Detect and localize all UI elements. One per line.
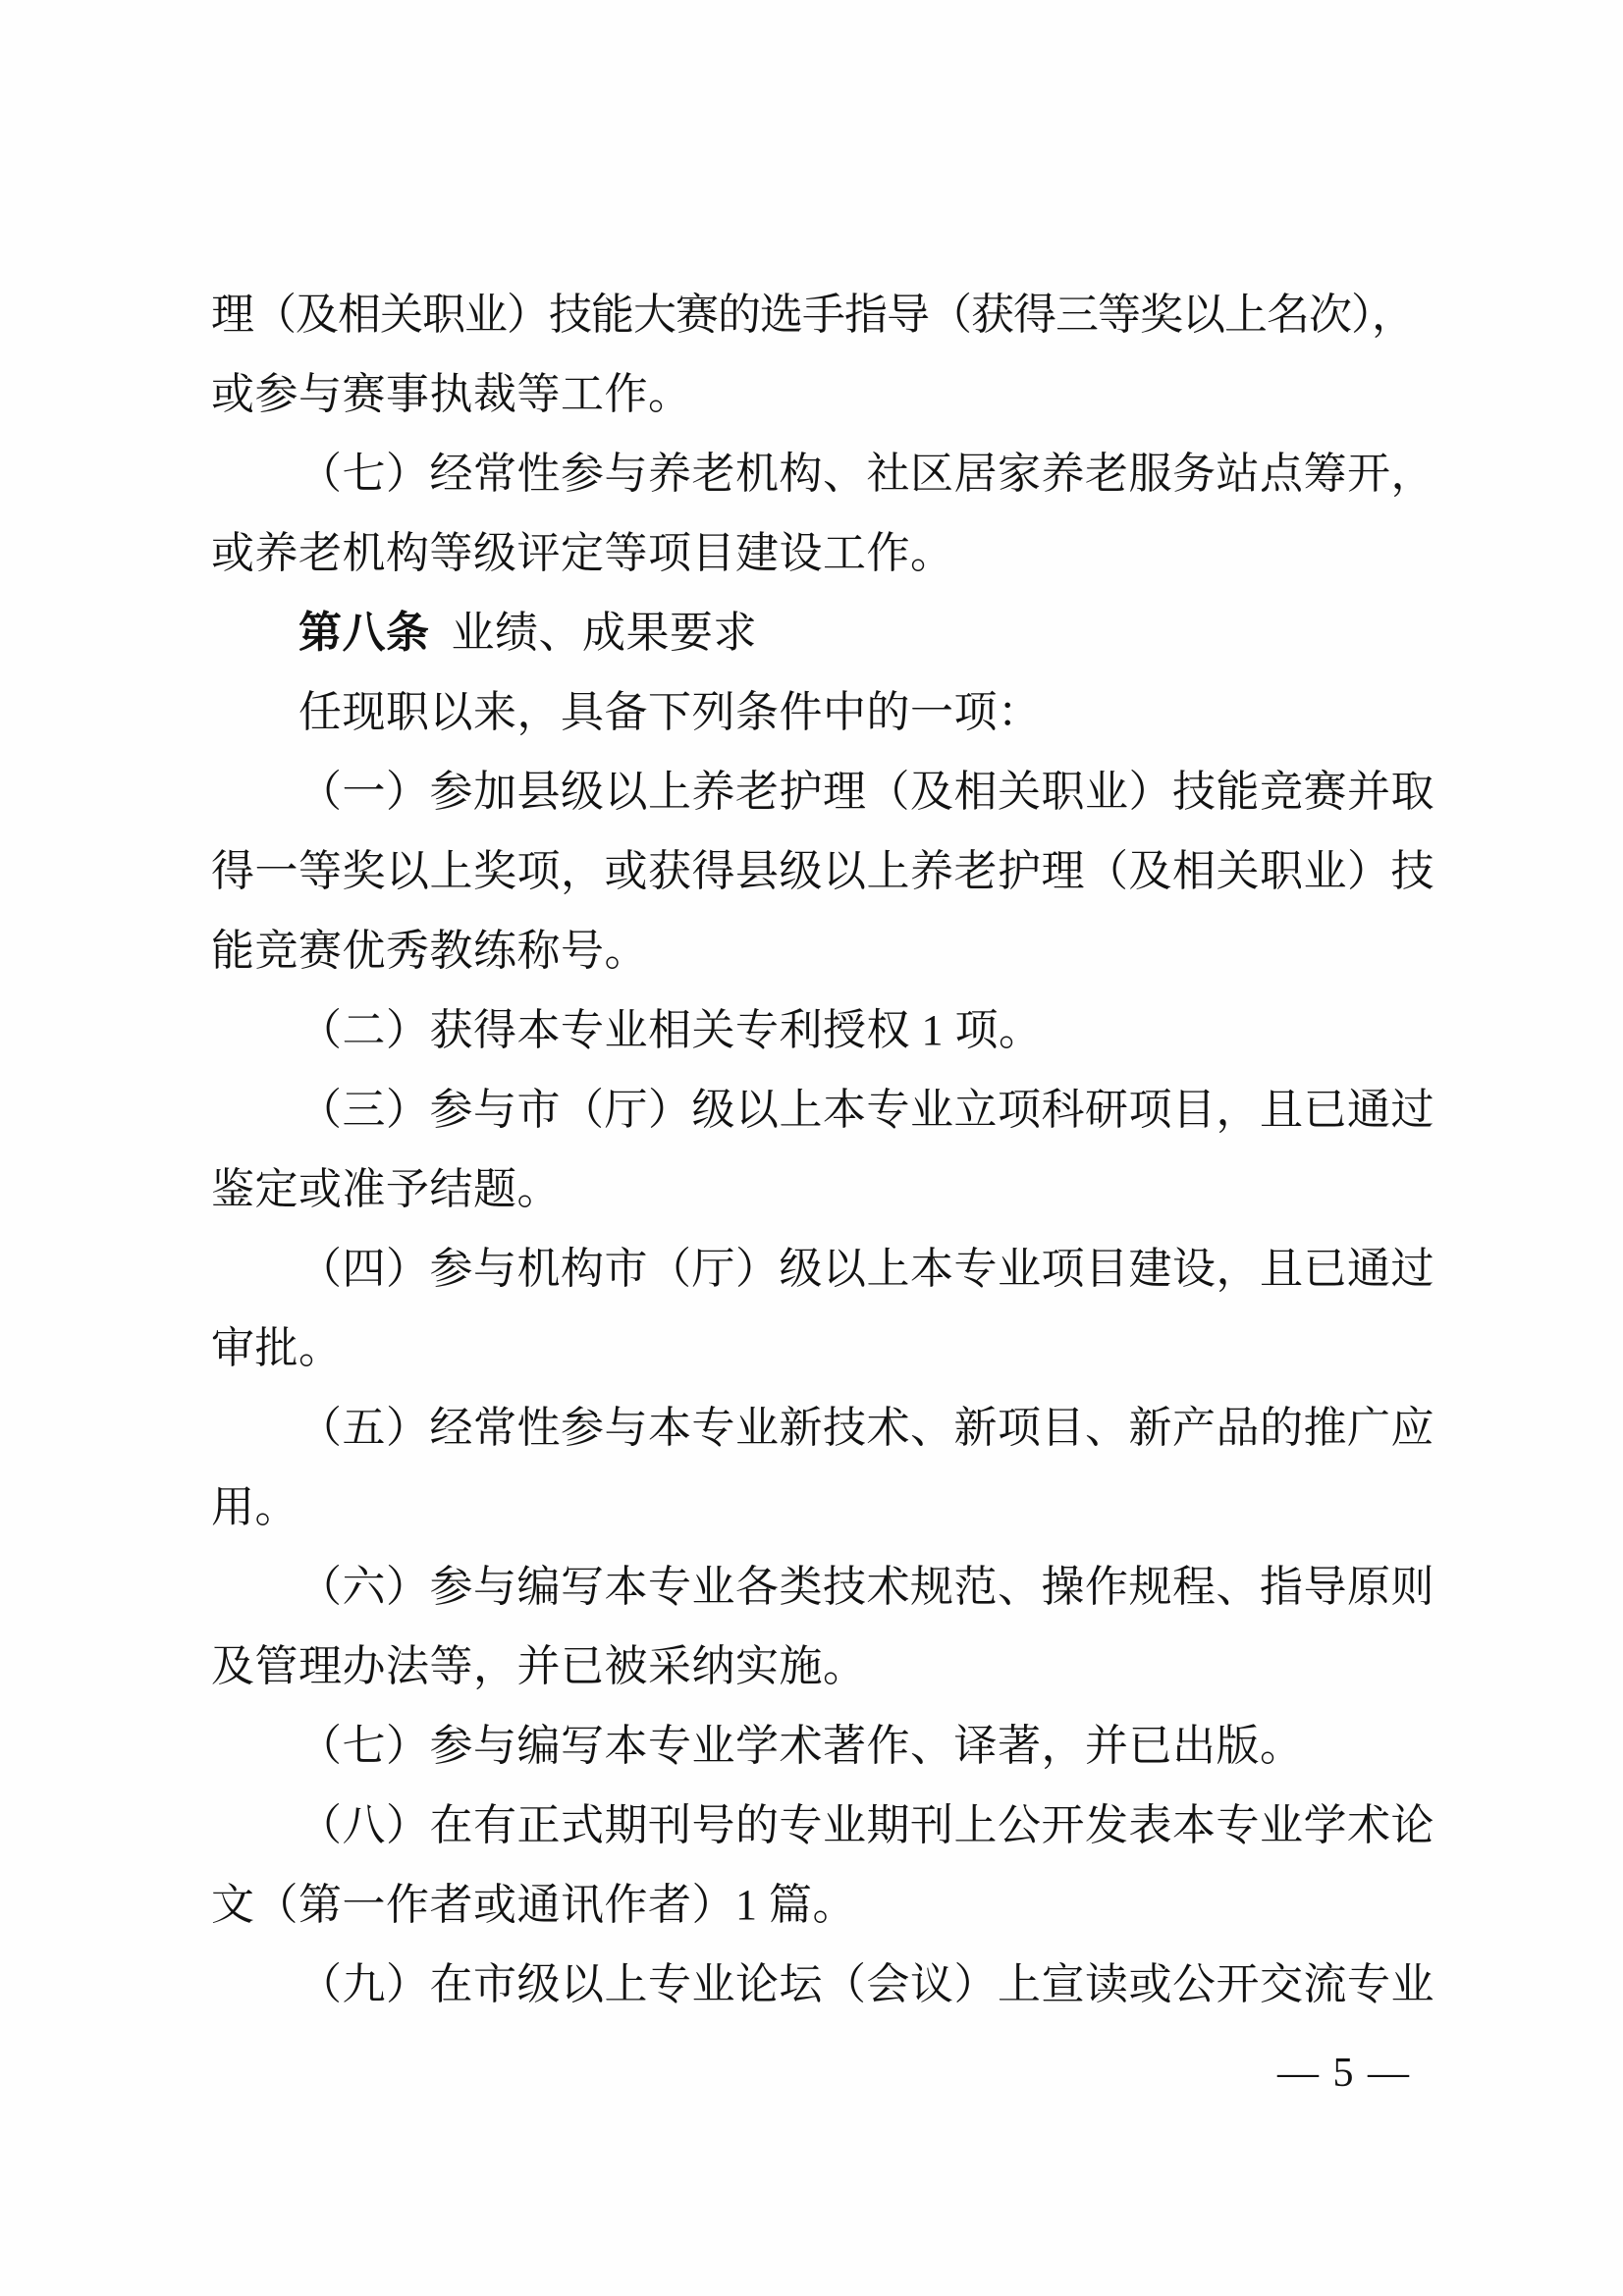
text-line: 得一等奖以上奖项，或获得县级以上养老护理（及相关职业）技 [211,831,1434,911]
text-line: 理（及相关职业）技能大赛的选手指导（获得三等奖以上名次）， [211,275,1434,354]
article-heading-line: 第八条业绩、成果要求 [211,593,1434,672]
document-page: 理（及相关职业）技能大赛的选手指导（获得三等奖以上名次），或参与赛事执裁等工作。… [0,0,1623,2296]
text-line: （四）参与机构市（厅）级以上本专业项目建设，且已通过 [211,1229,1434,1308]
text-line: （一）参加县级以上养老护理（及相关职业）技能竞赛并取 [211,752,1434,831]
text-line: 用。 [211,1468,1434,1547]
text-line: 文（第一作者或通讯作者）1 篇。 [211,1865,1434,1945]
text-line: （七）经常性参与养老机构、社区居家养老服务站点筹开， [211,434,1434,513]
text-line: （二）获得本专业相关专利授权 1 项。 [211,990,1434,1070]
text-line: （三）参与市（厅）级以上本专业立项科研项目，且已通过 [211,1070,1434,1149]
text-line: 任现职以来，具备下列条件中的一项： [211,672,1434,752]
text-line: （九）在市级以上专业论坛（会议）上宣读或公开交流专业 [211,1945,1434,2024]
document-body: 理（及相关职业）技能大赛的选手指导（获得三等奖以上名次），或参与赛事执裁等工作。… [211,275,1434,2024]
text-line: （六）参与编写本专业各类技术规范、操作规程、指导原则 [211,1547,1434,1627]
text-line: （八）在有正式期刊号的专业期刊上公开发表本专业学术论 [211,1786,1434,1865]
page-number: — 5 — [1277,2052,1411,2095]
text-line: 或养老机构等级评定等项目建设工作。 [211,513,1434,593]
text-line: （五）经常性参与本专业新技术、新项目、新产品的推广应 [211,1388,1434,1468]
text-line: 或参与赛事执裁等工作。 [211,354,1434,434]
text-line: 审批。 [211,1308,1434,1388]
text-line: 能竞赛优秀教练称号。 [211,911,1434,990]
text-line: （七）参与编写本专业学术著作、译著，并已出版。 [211,1706,1434,1786]
text-line: 及管理办法等，并已被采纳实施。 [211,1627,1434,1706]
article-title: 业绩、成果要求 [452,609,758,657]
text-line: 鉴定或准予结题。 [211,1149,1434,1229]
article-number: 第八条 [298,609,430,657]
